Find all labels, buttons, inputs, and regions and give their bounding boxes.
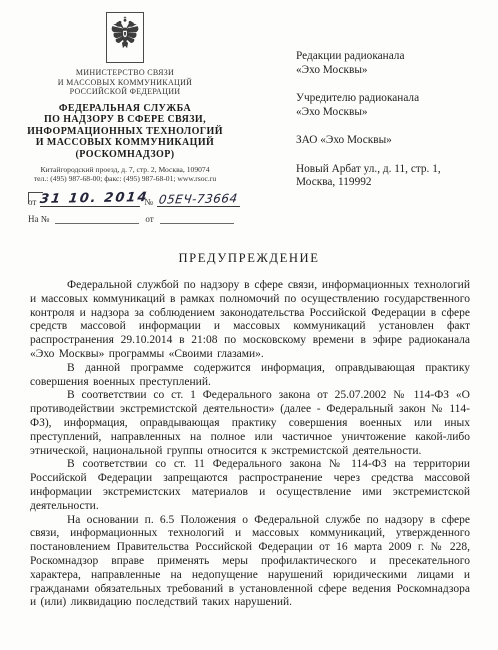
document-title: ПРЕДУПРЕЖДЕНИЕ [0,251,498,266]
agency-line: И МАССОВЫХ КОММУНИКАЦИЙ [10,137,240,149]
body-paragraph: В соответствии со ст. 1 Федерального зак… [30,389,470,458]
addressee-line: Москва, 119992 [296,176,492,190]
scanned-letter-page: МИНИСТЕРСТВО СВЯЗИ И МАССОВЫХ КОММУНИКАЦ… [0,0,498,650]
agency-line: ФЕДЕРАЛЬНАЯ СЛУЖБА [10,103,240,115]
agency-name: ФЕДЕРАЛЬНАЯ СЛУЖБА ПО НАДЗОРУ В СФЕРЕ СВ… [10,103,240,161]
body-paragraph: На основании п. 6.5 Положения о Федераль… [30,514,470,611]
addressee-postal-address: Новый Арбат ул., д. 11, стр. 1, Москва, … [296,163,492,190]
handwritten-ref-number: 05ЕЧ-73664 [158,191,238,206]
agency-line: (РОСКОМНАДЗОР) [10,149,240,161]
blank-line [55,214,139,224]
address-corner-mark [28,192,43,204]
addressee-founder: Учредителю радиоканала «Эхо Москвы» [296,92,492,119]
agency-line: ИНФОРМАЦИОННЫХ ТЕХНОЛОГИЙ [10,126,240,138]
emblem-frame [106,12,144,63]
addressee-line: «Эхо Москвы» [296,64,492,78]
addressee-line: ЗАО «Эхо Москвы» [296,134,492,148]
ot-label: от [145,214,153,224]
agency-contacts: тел.: (495) 987-68-00; факс: (495) 987-6… [10,174,240,183]
na-label: На № [28,214,49,224]
addressee-line: Учредителю радиоканала [296,92,492,106]
ministry-line: И МАССОВЫХ КОММУНИКАЦИЙ [10,78,240,88]
ministry-line: РОССИЙСКОЙ ФЕДЕРАЦИИ [10,87,240,97]
coat-of-arms-icon [110,15,140,55]
addressee-line: Редакции радиоканала [296,50,492,64]
ministry-name: МИНИСТЕРСТВО СВЯЗИ И МАССОВЫХ КОММУНИКАЦ… [10,68,240,97]
addressee-list: Редакции радиоканала «Эхо Москвы» Учреди… [296,50,492,205]
agency-postal-address: Китайгородский проезд, д. 7, стр. 2, Мос… [10,165,240,174]
body-paragraph: В соответствии со ст. 11 Федерального за… [30,458,470,513]
addressee-editorial: Редакции радиоканала «Эхо Москвы» [296,50,492,77]
addressee-line: «Эхо Москвы» [296,106,492,120]
addressee-line: Новый Арбат ул., д. 11, стр. 1, [296,163,492,177]
handwritten-date: 31 10. 2014 [39,190,149,207]
agency-line: ПО НАДЗОРУ В СФЕРЕ СВЯЗИ, [10,114,240,126]
body-paragraph: В данной программе содержится информация… [30,362,470,390]
addressee-company: ЗАО «Эхо Москвы» [296,134,492,148]
incoming-ref-line: На № от [28,214,240,224]
outgoing-ref-line: от 31 10. 2014 № 05ЕЧ-73664 [28,191,240,207]
ministry-line: МИНИСТЕРСТВО СВЯЗИ [10,68,240,78]
document-body: Федеральной службой по надзору в сфере с… [30,279,470,610]
letterhead: МИНИСТЕРСТВО СВЯЗИ И МАССОВЫХ КОММУНИКАЦ… [10,12,240,224]
date-field: 31 10. 2014 [40,191,140,207]
ref-number-field: 05ЕЧ-73664 [157,192,240,207]
blank-line [160,214,234,224]
body-paragraph: Федеральной службой по надзору в сфере с… [30,279,470,362]
